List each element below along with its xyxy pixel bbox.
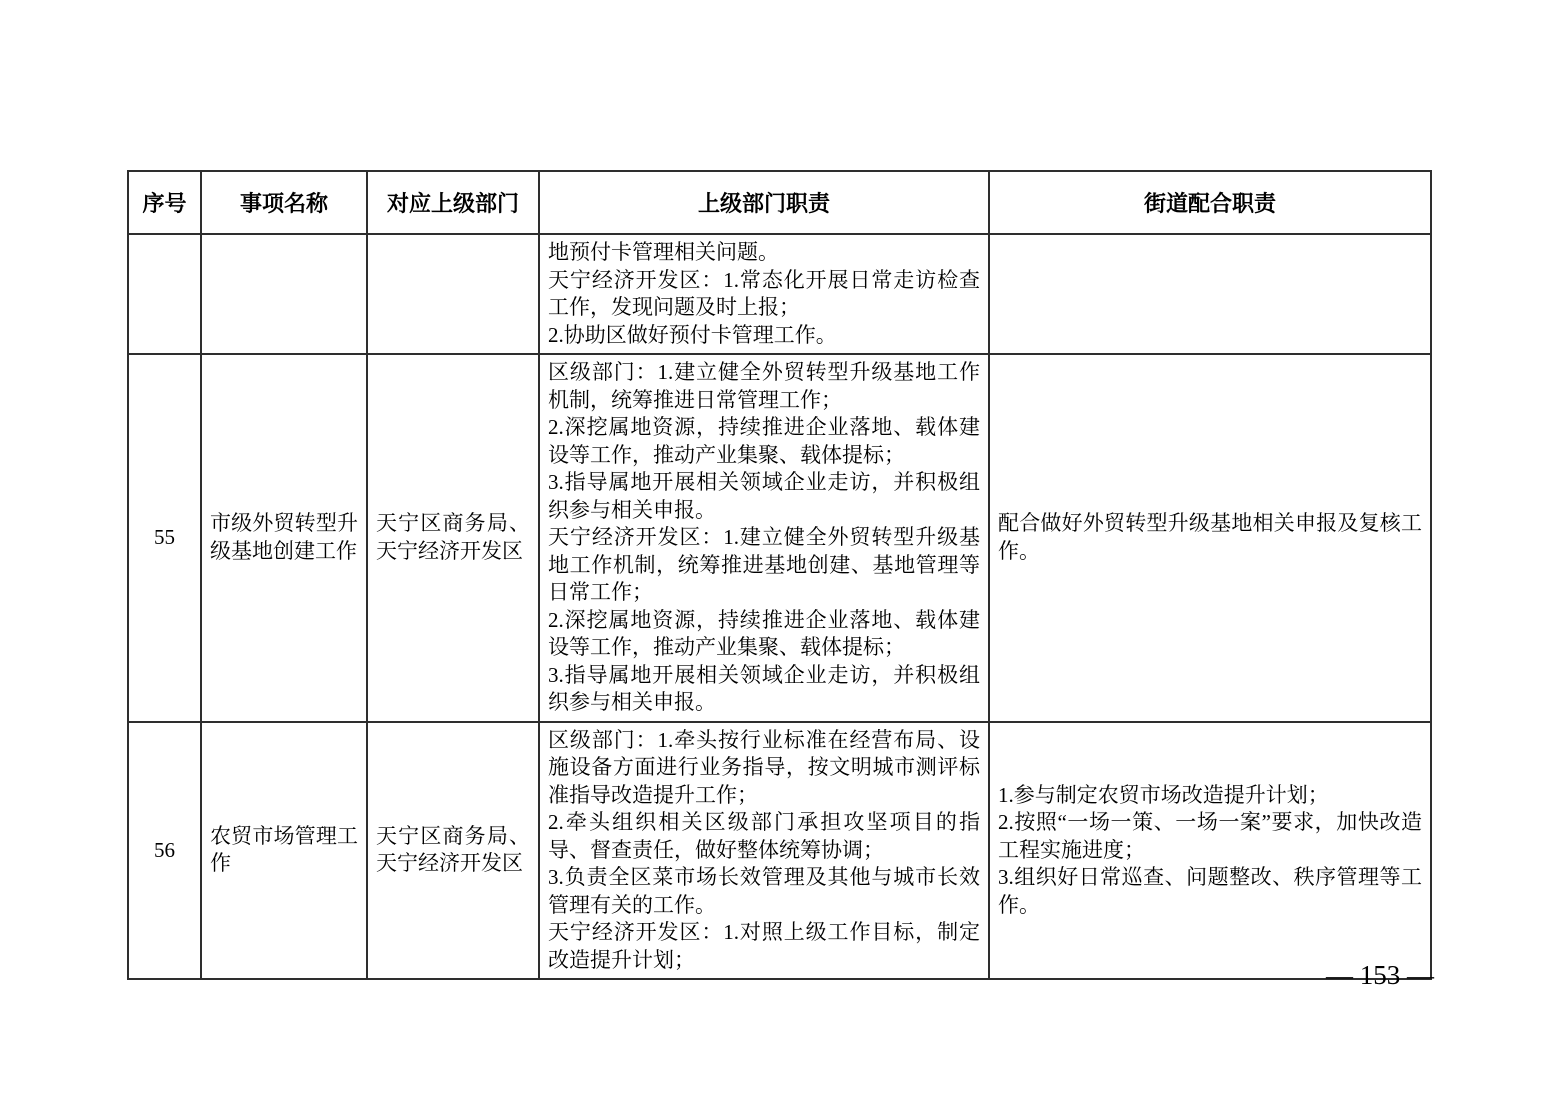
- cell-street-duties: 1.参与制定农贸市场改造提升计划；2.按照“一场一策、一场一案”要求，加快改造工…: [989, 722, 1431, 980]
- table-header-row: 序号 事项名称 对应上级部门 上级部门职责 街道配合职责: [128, 171, 1431, 234]
- cell-item-name: 农贸市场管理工作: [201, 722, 367, 980]
- page-number: — 153 —: [1245, 960, 1515, 991]
- table-row-56: 56 农贸市场管理工作 天宁区商务局、天宁经济开发区 区级部门：1.牵头按行业标…: [128, 722, 1431, 980]
- cell-seq: [128, 234, 201, 354]
- cell-superior-dept: [367, 234, 539, 354]
- cell-item-name: 市级外贸转型升级基地创建工作: [201, 354, 367, 722]
- cell-superior-dept: 天宁区商务局、天宁经济开发区: [367, 722, 539, 980]
- responsibility-table: 序号 事项名称 对应上级部门 上级部门职责 街道配合职责 地预付卡管理相关问题。…: [127, 170, 1432, 980]
- cell-seq: 56: [128, 722, 201, 980]
- cell-street-duties: [989, 234, 1431, 354]
- table-row-continuation: 地预付卡管理相关问题。天宁经济开发区：1.常态化开展日常走访检查工作，发现问题及…: [128, 234, 1431, 354]
- header-superior-duties: 上级部门职责: [539, 171, 989, 234]
- cell-item-name: [201, 234, 367, 354]
- cell-superior-duties: 区级部门：1.建立健全外贸转型升级基地工作机制，统筹推进日常管理工作；2.深挖属…: [539, 354, 989, 722]
- header-seq: 序号: [128, 171, 201, 234]
- header-street-duties: 街道配合职责: [989, 171, 1431, 234]
- header-item-name: 事项名称: [201, 171, 367, 234]
- cell-superior-dept: 天宁区商务局、天宁经济开发区: [367, 354, 539, 722]
- document-page: 序号 事项名称 对应上级部门 上级部门职责 街道配合职责 地预付卡管理相关问题。…: [0, 0, 1559, 1102]
- cell-seq: 55: [128, 354, 201, 722]
- cell-superior-duties: 地预付卡管理相关问题。天宁经济开发区：1.常态化开展日常走访检查工作，发现问题及…: [539, 234, 989, 354]
- header-superior-dept: 对应上级部门: [367, 171, 539, 234]
- cell-superior-duties: 区级部门：1.牵头按行业标准在经营布局、设施设备方面进行业务指导，按文明城市测评…: [539, 722, 989, 980]
- table-row-55: 55 市级外贸转型升级基地创建工作 天宁区商务局、天宁经济开发区 区级部门：1.…: [128, 354, 1431, 722]
- cell-street-duties: 配合做好外贸转型升级基地相关申报及复核工作。: [989, 354, 1431, 722]
